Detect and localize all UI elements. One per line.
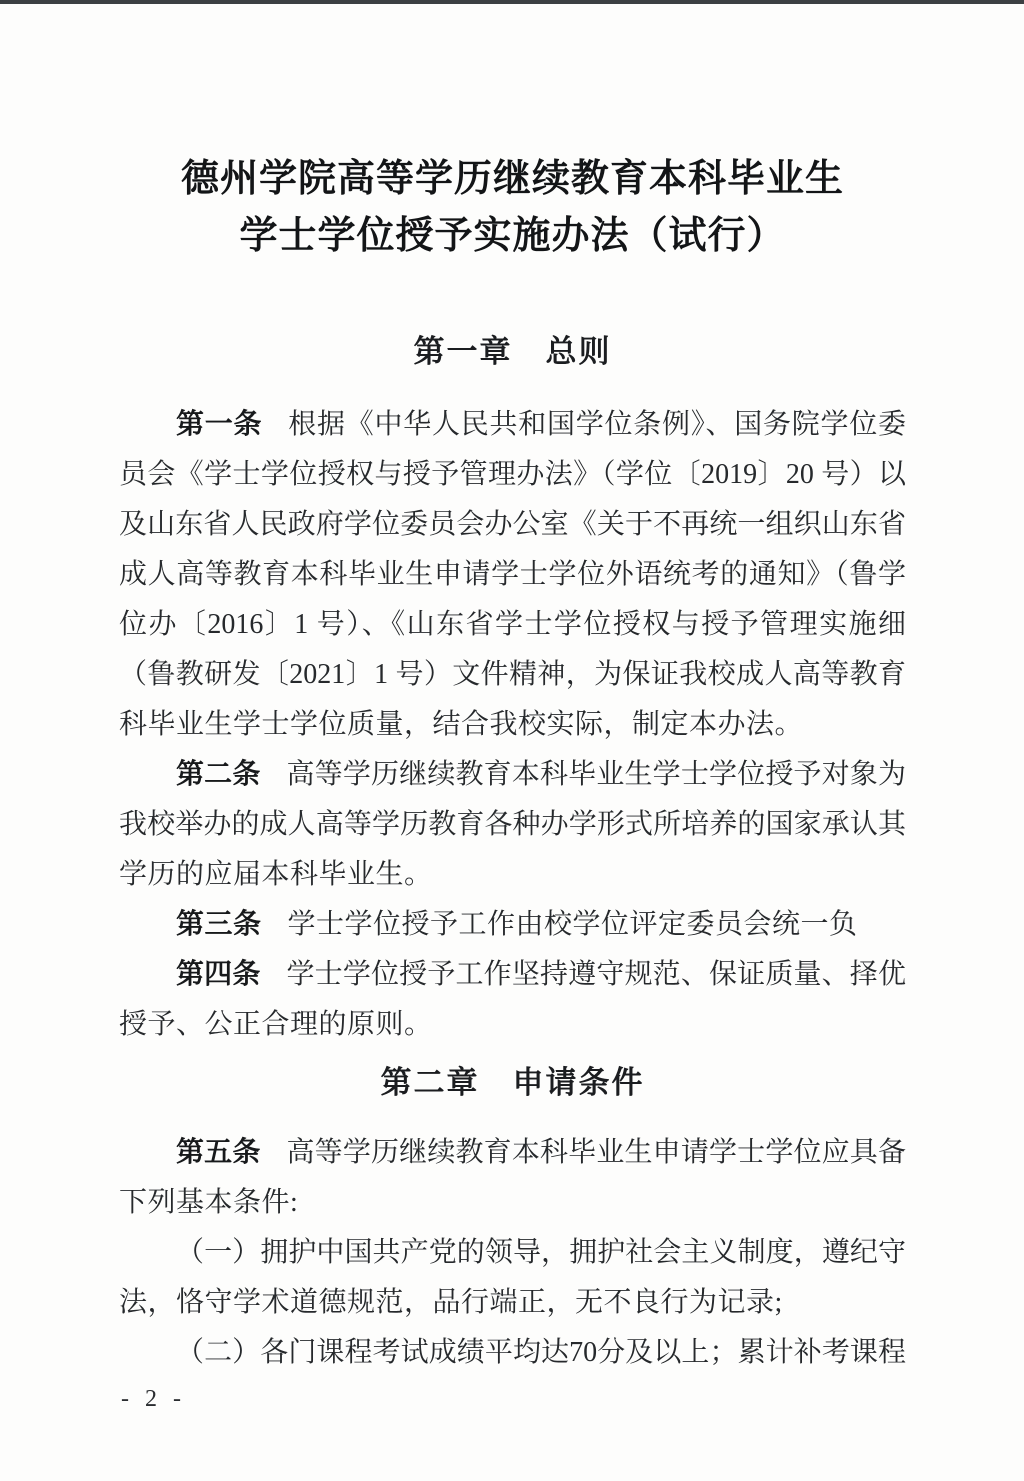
body-line: 授予、公正合理的原则。: [119, 1000, 906, 1050]
article-1: 第一条根据《中华人民共和国学位条例》、国务院学位委 员会《学士学位授权与授予管理…: [119, 400, 906, 750]
body-line: 第四条学士学位授予工作坚持遵守规范、保证质量、择优: [119, 950, 906, 1000]
article-5: 第五条高等学历继续教育本科毕业生申请学士学位应具备 下列基本条件:: [119, 1128, 906, 1228]
body-line: 第五条高等学历继续教育本科毕业生申请学士学位应具备: [119, 1128, 906, 1178]
article-1-text: 根据《中华人民共和国学位条例》、国务院学位委: [288, 409, 906, 440]
body-line: （一）拥护中国共产党的领导，拥护社会主义制度，遵纪守: [119, 1228, 906, 1278]
chapter-2-heading: 第二章 申请条件: [119, 1062, 906, 1104]
article-4-lead: 第四条: [176, 959, 287, 990]
body-line: （二）各门课程考试成绩平均达70分及以上；累计补考课程: [119, 1328, 906, 1378]
body-line: 我校举办的成人高等学历教育各种办学形式所培养的国家承认其: [119, 800, 906, 850]
article-3-lead: 第三条: [176, 909, 288, 940]
article-3: 第三条学士学位授予工作由校学位评定委员会统一负责。: [119, 900, 906, 950]
document-title: 德州学院高等学历继续教育本科毕业生 学士学位授予实施办法（试行）: [119, 151, 906, 265]
body-line: 员会《学士学位授权与授予管理办法》（学位〔2019〕20 号）以: [119, 450, 906, 500]
article-4-text: 学士学位授予工作坚持遵守规范、保证质量、择优: [287, 959, 906, 990]
body-line: 成人高等教育本科毕业生申请学士学位外语统考的通知》（鲁学: [119, 550, 906, 600]
title-line-1: 德州学院高等学历继续教育本科毕业生: [119, 151, 906, 208]
title-line-2: 学士学位授予实施办法（试行）: [119, 208, 906, 265]
article-1-lead: 第一条: [176, 409, 288, 440]
article-5-text: 高等学历继续教育本科毕业生申请学士学位应具备: [287, 1137, 906, 1168]
condition-item-2: （二）各门课程考试成绩平均达70分及以上；累计补考课程: [119, 1328, 906, 1378]
body-line: 第一条根据《中华人民共和国学位条例》、国务院学位委: [119, 400, 906, 450]
body-line: （鲁教研发〔2021〕1 号）文件精神，为保证我校成人高等教育本: [119, 650, 906, 700]
body-line: 及山东省人民政府学位委员会办公室《关于不再统一组织山东省: [119, 500, 906, 550]
body-line: 下列基本条件:: [119, 1178, 906, 1228]
body-line: 第三条学士学位授予工作由校学位评定委员会统一负责。: [119, 900, 906, 950]
article-2-lead: 第二条: [176, 759, 287, 790]
body-line: 法，恪守学术道德规范，品行端正，无不良行为记录;: [119, 1278, 906, 1328]
body-line: 第二条高等学历继续教育本科毕业生学士学位授予对象为: [119, 750, 906, 800]
article-5-lead: 第五条: [176, 1137, 287, 1168]
chapter-1-heading: 第一章 总则: [119, 331, 906, 373]
article-2-text: 高等学历继续教育本科毕业生学士学位授予对象为: [287, 759, 906, 790]
document-page: 德州学院高等学历继续教育本科毕业生 学士学位授予实施办法（试行） 第一章 总则 …: [119, 0, 906, 1378]
article-4: 第四条学士学位授予工作坚持遵守规范、保证质量、择优 授予、公正合理的原则。: [119, 950, 906, 1050]
body-line: 学历的应届本科毕业生。: [119, 850, 906, 900]
condition-item-1: （一）拥护中国共产党的领导，拥护社会主义制度，遵纪守 法，恪守学术道德规范，品行…: [119, 1228, 906, 1328]
article-2: 第二条高等学历继续教育本科毕业生学士学位授予对象为 我校举办的成人高等学历教育各…: [119, 750, 906, 900]
body-line: 位办〔2016〕1 号）、《山东省学士学位授权与授予管理实施细则》: [119, 600, 906, 650]
page-number: - 2 -: [121, 1384, 186, 1414]
body-line: 科毕业生学士学位质量，结合我校实际，制定本办法。: [119, 700, 906, 750]
